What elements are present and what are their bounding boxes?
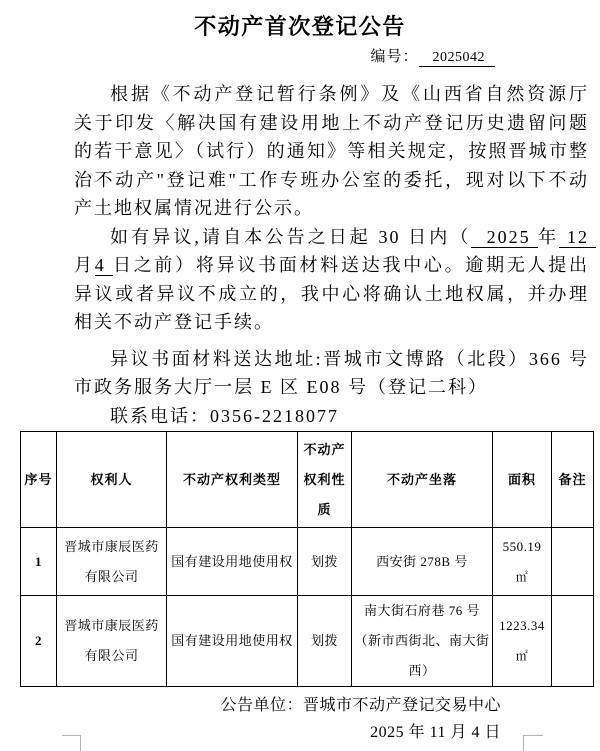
th-serial: 序号 [21, 432, 57, 528]
th-remark: 备注 [552, 432, 594, 528]
area-unit: ㎡ [494, 641, 550, 671]
table-row: 1 晋城市康辰医药有限公司 国有建设用地使用权 划拨 西安街 278B 号 55… [21, 528, 594, 596]
area-unit: ㎡ [494, 562, 550, 592]
doc-number-label: 编号： [370, 49, 418, 65]
th-location: 不动产坐落 [352, 432, 493, 528]
table-header-row: 序号 权利人 不动产权利类型 不动产权利性质 不动产坐落 面积 备注 [21, 432, 594, 528]
announcing-unit: 公告单位：晋城市不动产登记交易中心 [0, 696, 600, 716]
announcement-date: 2025 年 11 月 4 日 [0, 723, 600, 743]
cell-location: 西安街 278B 号 [352, 528, 493, 596]
paragraph-address: 异议书面材料送达地址:晋城市文博路（北段）366 号市政务服务大厅一层 E 区 … [74, 345, 589, 402]
cell-owner: 晋城市康辰医药有限公司 [57, 528, 167, 596]
paragraph-phone: 联系电话：0356-2218077 [74, 402, 589, 431]
cell-right-type: 国有建设用地使用权 [167, 528, 298, 596]
objection-month-fill: 12 [559, 227, 595, 248]
page-corner-mark-left [62, 735, 81, 751]
objection-year-fill: 2025 [471, 227, 538, 248]
th-right-type: 不动产权利类型 [167, 432, 298, 528]
page-corner-mark-right [523, 735, 543, 751]
th-area: 面积 [493, 432, 552, 528]
cell-remark [552, 596, 594, 687]
document-page: 不动产首次登记公告 编号：2025042 根据《不动产登记暂行条例》及《山西省自… [0, 0, 600, 751]
cell-right-nature: 划拨 [298, 528, 352, 596]
objection-seg1: 如有异议,请自本公告之日起 30 日内（ [110, 227, 471, 247]
objection-seg2: 年 [538, 227, 559, 247]
table-row: 2 晋城市康辰医药有限公司 国有建设用地使用权 划拨 南大街石府巷 76 号（新… [21, 596, 594, 687]
announcement-table: 序号 权利人 不动产权利类型 不动产权利性质 不动产坐落 面积 备注 1 晋城市… [20, 431, 594, 687]
doc-number-line: 编号：2025042 [0, 47, 600, 68]
cell-right-nature: 划拨 [298, 596, 352, 687]
page-title: 不动产首次登记公告 [0, 0, 600, 43]
paragraph-objection: 如有异议,请自本公告之日起 30 日内（ 2025 年 12 月4 日之前）将异… [74, 223, 589, 337]
cell-location: 南大街石府巷 76 号（新市西街北、南大街西） [352, 596, 493, 687]
objection-seg3: 月 [74, 255, 95, 275]
cell-serial: 1 [21, 528, 57, 596]
cell-right-type: 国有建设用地使用权 [167, 596, 298, 687]
cell-serial: 2 [21, 596, 57, 687]
objection-seg4: 日之前）将异议书面材料送达我中心。逾期无人提出异议或者异议不成立的，我中心将确认… [74, 255, 589, 332]
objection-day-fill: 4 [95, 255, 113, 276]
th-right-nature: 不动产权利性质 [298, 432, 352, 528]
th-owner: 权利人 [57, 432, 167, 528]
cell-area: 1223.34 ㎡ [493, 596, 552, 687]
cell-remark [552, 528, 594, 596]
cell-owner: 晋城市康辰医药有限公司 [57, 596, 167, 687]
paragraph-basis: 根据《不动产登记暂行条例》及《山西省自然资源厅关于印发〈解决国有建设用地上不动产… [74, 80, 589, 223]
doc-number-value: 2025042 [419, 50, 496, 67]
body-text: 根据《不动产登记暂行条例》及《山西省自然资源厅关于印发〈解决国有建设用地上不动产… [74, 80, 589, 430]
cell-area: 550.19 ㎡ [493, 528, 552, 596]
area-value: 550.19 [494, 532, 550, 562]
area-value: 1223.34 [494, 611, 550, 641]
